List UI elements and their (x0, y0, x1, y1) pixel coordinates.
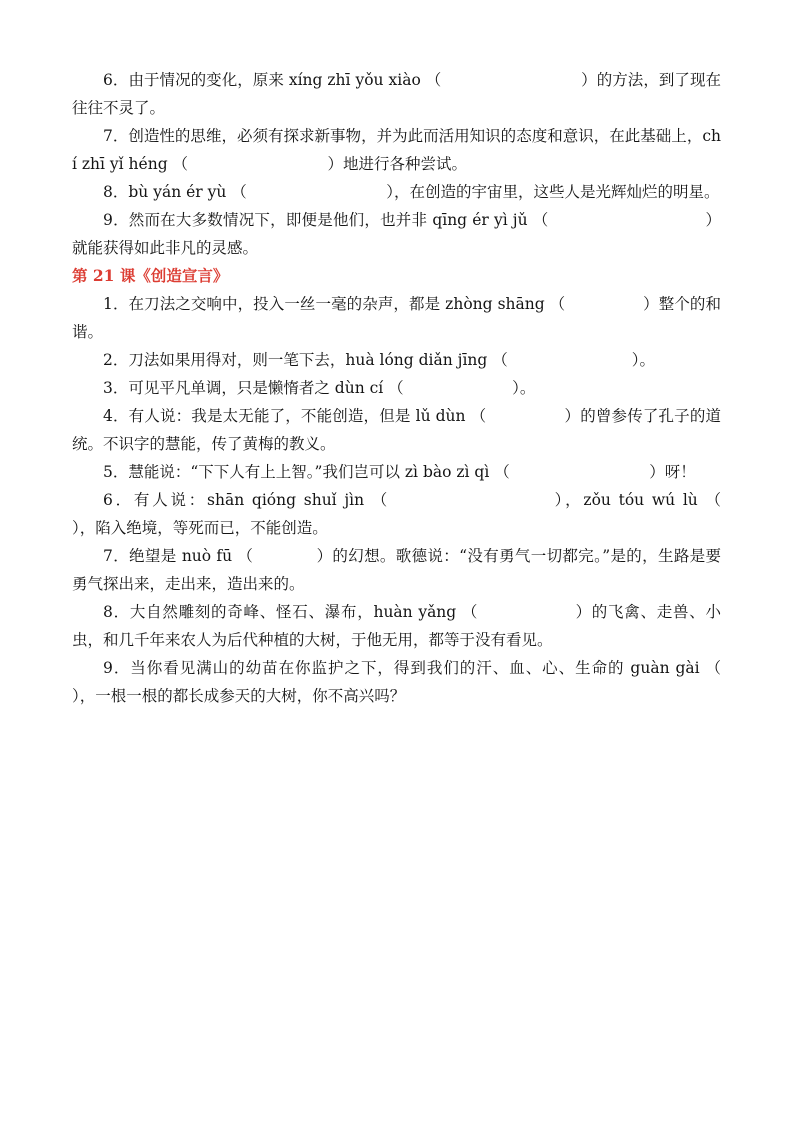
document-page: 6．由于情况的变化，原来 xíng zhī yǒu xiào （ ）的方法，到了… (0, 0, 793, 1122)
exercise-item-s1-7: 7．创造性的思维，必须有探求新事物，并为此而活用知识的态度和意识，在此基础上，c… (72, 122, 721, 178)
exercise-item-s2-1: 1．在刀法之交响中，投入一丝一毫的杂声，都是 zhòng shāng （ ）整个… (72, 290, 721, 346)
exercise-item-s2-2: 2．刀法如果用得对，则一笔下去，huà lóng diǎn jīng （ ）。 (72, 346, 721, 374)
exercise-item-s2-4: 4．有人说：我是太无能了，不能创造，但是 lǔ dùn （ ）的曾参传了孔子的道… (72, 402, 721, 458)
exercise-item-s2-6: 6．有人说：shān qióng shuǐ jìn （ ），zǒu tóu wú… (72, 486, 721, 542)
exercise-item-s1-9: 9．然而在大多数情况下，即便是他们，也并非 qīng ér yì jǔ （ ）就… (72, 206, 721, 262)
exercise-item-s1-8: 8．bù yán ér yù （ ），在创造的宇宙里，这些人是光辉灿烂的明星。 (72, 178, 721, 206)
exercise-item-s2-9: 9．当你看见满山的幼苗在你监护之下，得到我们的汗、血、心、生命的 guàn gà… (72, 654, 721, 710)
exercise-item-s2-5: 5．慧能说：“下下人有上上智。”我们岂可以 zì bào zì qì （ ）呀！ (72, 458, 721, 486)
document-content: 6．由于情况的变化，原来 xíng zhī yǒu xiào （ ）的方法，到了… (72, 66, 721, 710)
exercise-item-s2-7: 7．绝望是 nuò fū （ ）的幻想。歌德说：“没有勇气一切都完。”是的，生路… (72, 542, 721, 598)
exercise-item-s2-8: 8．大自然雕刻的奇峰、怪石、瀑布，huàn yǎng （ ）的飞禽、走兽、小虫，… (72, 598, 721, 654)
lesson-heading: 第 21 课《创造宣言》 (72, 262, 721, 290)
exercise-item-s1-6: 6．由于情况的变化，原来 xíng zhī yǒu xiào （ ）的方法，到了… (72, 66, 721, 122)
exercise-item-s2-3: 3．可见平凡单调，只是懒惰者之 dùn cí （ ）。 (72, 374, 721, 402)
